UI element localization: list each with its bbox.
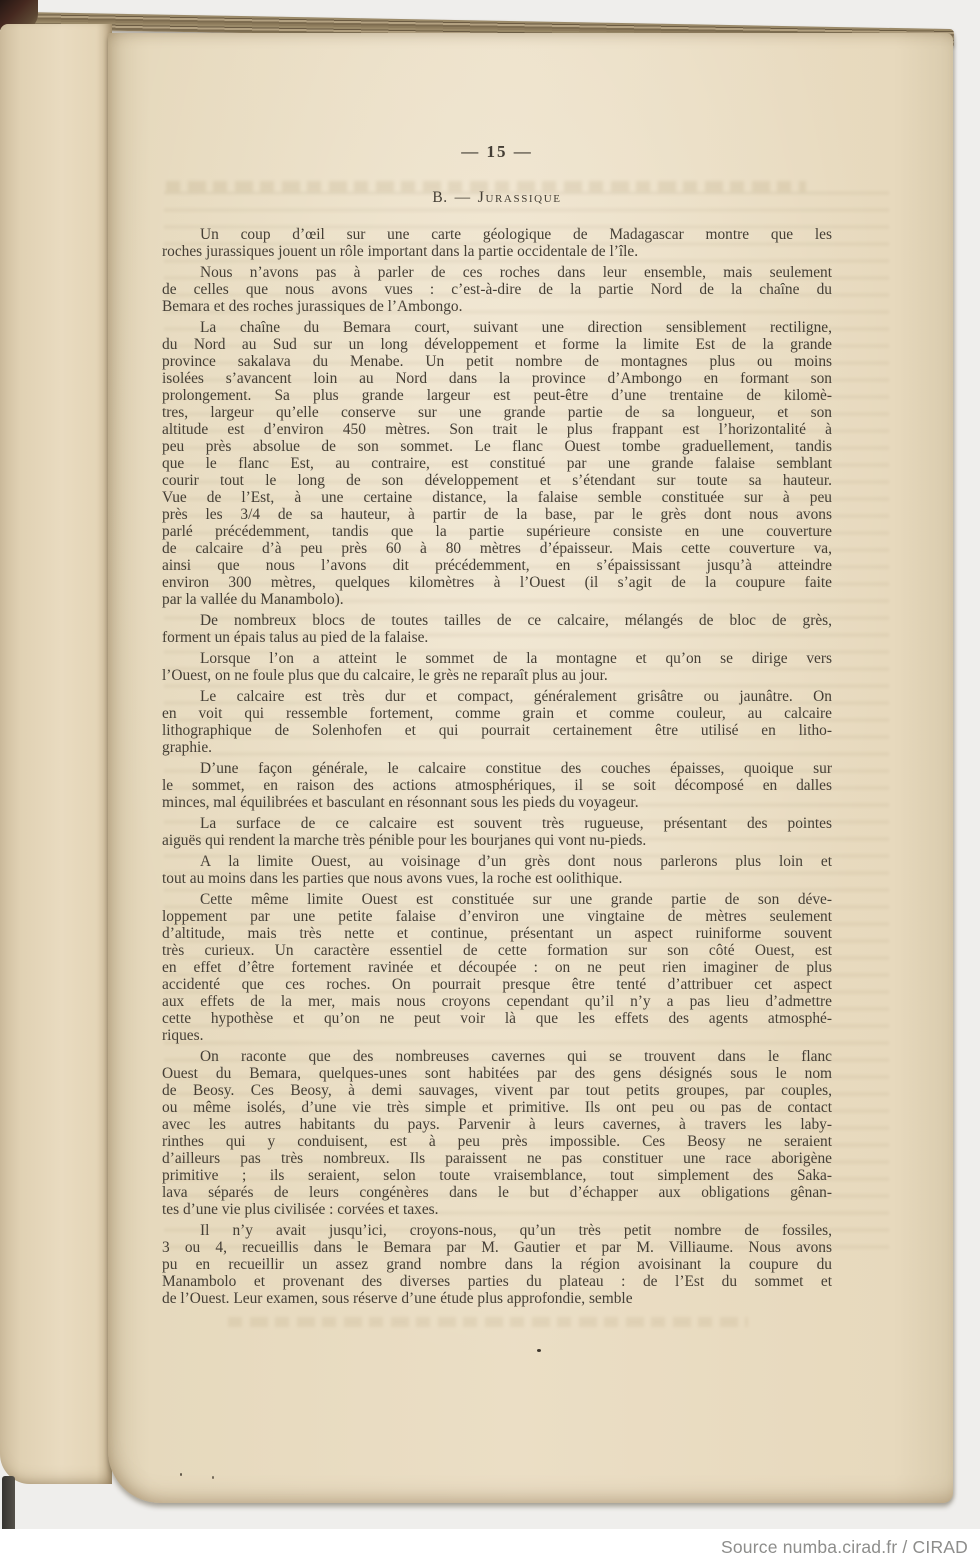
paragraph: Un coup d’œil sur une carte géologique d…: [162, 226, 832, 260]
text-line: Ouest du Bemara, quelques-unes sont habi…: [162, 1065, 832, 1082]
watermark-text: Source numba.cirad.fr / CIRAD: [721, 1537, 968, 1558]
text-line: isolées s’avancent loin au Nord dans la …: [162, 370, 832, 387]
text-line: Vue de l’Est, à une certaine distance, l…: [162, 489, 832, 506]
paragraph: Lorsque l’on a atteint le sommet de la m…: [162, 650, 832, 684]
text-line: de calcaire d’à peu près 60 à 80 mètres …: [162, 540, 832, 557]
text-line: On raconte que des nombreuses cavernes q…: [162, 1048, 832, 1065]
text-line: forment un épais talus au pied de la fal…: [162, 629, 832, 646]
text-line: de celles que nous avons vues : c’est-à-…: [162, 281, 832, 298]
text-line: tout au moins dans les parties que nous …: [162, 870, 832, 887]
text-line: le sommet, en raison des actions atmosph…: [162, 777, 832, 794]
paragraph: Le calcaire est très dur et compact, gén…: [162, 688, 832, 756]
gutter-page-fold: [0, 24, 112, 1484]
ink-speck: [537, 1349, 541, 1352]
ink-speck: [180, 1473, 182, 1476]
body-text: Un coup d’œil sur une carte géologique d…: [162, 226, 832, 1307]
text-line: en voit qui ressemble fortement, comme g…: [162, 705, 832, 722]
text-line: Lorsque l’on a atteint le sommet de la m…: [162, 650, 832, 667]
text-line: aiguës qui rendent la marche très pénibl…: [162, 832, 832, 849]
scanned-book-photo: — 15 — B.—Jurassique Un coup d’œil sur u…: [0, 0, 980, 1566]
text-line: pu en recueillir un assez grand nombre d…: [162, 1256, 832, 1273]
text-line: peu près absolue de son sommet. Le flanc…: [162, 438, 832, 455]
ink-speck: [212, 1476, 214, 1479]
book-cover-sliver: [2, 1476, 15, 1532]
text-line: cette hypothèse et qu’on ne peut voir là…: [162, 1010, 832, 1027]
paragraph: D’une façon générale, le calcaire consti…: [162, 760, 832, 811]
text-line: aux effets de la mer, mais nous croyons …: [162, 993, 832, 1010]
paragraph: Il n’y avait jusqu’ici, croyons-nous, qu…: [162, 1222, 832, 1307]
text-line: De nombreux blocs de toutes tailles de c…: [162, 612, 832, 629]
text-line: primitive ; ils seraient, selon toute vr…: [162, 1167, 832, 1184]
text-line: Le calcaire est très dur et compact, gén…: [162, 688, 832, 705]
text-line: lithographique de Solenhofen et qui pour…: [162, 722, 832, 739]
text-line: très curieux. Un caractère essentiel de …: [162, 942, 832, 959]
section-heading-label: B.: [432, 189, 447, 206]
text-line: roches jurassiques jouent un rôle import…: [162, 243, 832, 260]
text-line: graphie.: [162, 739, 832, 756]
text-line: ou même isolés, d’une vie très simple et…: [162, 1099, 832, 1116]
text-line: La surface de ce calcaire est souvent tr…: [162, 815, 832, 832]
text-line: A la limite Ouest, au voisinage d’un grè…: [162, 853, 832, 870]
text-line: Cette même limite Ouest est constituée s…: [162, 891, 832, 908]
text-line: par la vallée du Manambolo).: [162, 591, 832, 608]
paragraph: A la limite Ouest, au voisinage d’un grè…: [162, 853, 832, 887]
text-line: d’ailleurs pas très nombreux. Ils parais…: [162, 1150, 832, 1167]
text-line: D’une façon générale, le calcaire consti…: [162, 760, 832, 777]
text-line: accidenté que ces roches. On pourrait pr…: [162, 976, 832, 993]
page-number: — 15 —: [162, 142, 832, 162]
verso-showthrough-line: [228, 1317, 748, 1327]
text-line: minces, mal équilibrées et basculant en …: [162, 794, 832, 811]
text-line: province sakalava du Menabe. Un petit no…: [162, 353, 832, 370]
text-line: du Nord au Sud sur un long développement…: [162, 336, 832, 353]
text-line: près les 3/4 de sa hauteur, à partir de …: [162, 506, 832, 523]
text-line: Manambolo et provenant des diverses part…: [162, 1273, 832, 1290]
watermark-bar: Source numba.cirad.fr / CIRAD: [0, 1529, 980, 1566]
text-line: Il n’y avait jusqu’ici, croyons-nous, qu…: [162, 1222, 832, 1239]
section-heading-title: Jurassique: [478, 189, 562, 206]
text-line: ainsi que nous l’avons dit précédemment,…: [162, 557, 832, 574]
book-page: — 15 — B.—Jurassique Un coup d’œil sur u…: [108, 33, 953, 1503]
text-line: loppement par une petite falaise d’envir…: [162, 908, 832, 925]
text-line: environ 300 mètres, quelques kilomètres …: [162, 574, 832, 591]
text-line: avec les autres habitants du pays. Parve…: [162, 1116, 832, 1133]
section-heading: B.—Jurassique: [162, 189, 832, 207]
text-line: courir tout le long de son développement…: [162, 472, 832, 489]
text-line: altitude est d’environ 450 mètres. Son t…: [162, 421, 832, 438]
text-line: tes d’une vie plus civilisée : corvées e…: [162, 1201, 832, 1218]
text-line: de Beosy. Ces Beosy, à demi sauvages, vi…: [162, 1082, 832, 1099]
paragraph: On raconte que des nombreuses cavernes q…: [162, 1048, 832, 1218]
section-heading-dash: —: [455, 189, 471, 206]
text-line: que le flanc Est, au contraire, est cons…: [162, 455, 832, 472]
text-line: rinthes qui y conduisent, est à peu près…: [162, 1133, 832, 1150]
text-line: Un coup d’œil sur une carte géologique d…: [162, 226, 832, 243]
text-line: tres, largeur qu’elle conserve sur une g…: [162, 404, 832, 421]
text-line: parlé précédemment, tandis que la partie…: [162, 523, 832, 540]
text-line: lava séparés de leurs congénères dans le…: [162, 1184, 832, 1201]
text-line: prolongement. Sa plus grande largeur est…: [162, 387, 832, 404]
text-line: l’Ouest, on ne foule plus que du calcair…: [162, 667, 832, 684]
paragraph: Nous n’avons pas à parler de ces roches …: [162, 264, 832, 315]
text-line: d’altitude, mais très nette et continue,…: [162, 925, 832, 942]
text-line: Nous n’avons pas à parler de ces roches …: [162, 264, 832, 281]
paragraph: De nombreux blocs de toutes tailles de c…: [162, 612, 832, 646]
text-line: en effet d’être fortement ravinée et déc…: [162, 959, 832, 976]
text-line: Bemara et des roches jurassiques de l’Am…: [162, 298, 832, 315]
text-line: de l’Ouest. Leur examen, sous réserve d’…: [162, 1290, 832, 1307]
text-line: La chaîne du Bemara court, suivant une d…: [162, 319, 832, 336]
page-content: — 15 — B.—Jurassique Un coup d’œil sur u…: [162, 142, 832, 1311]
paragraph: La chaîne du Bemara court, suivant une d…: [162, 319, 832, 608]
paragraph: La surface de ce calcaire est souvent tr…: [162, 815, 832, 849]
text-line: riques.: [162, 1027, 832, 1044]
text-line: 3 ou 4, recueillis dans le Bemara par M.…: [162, 1239, 832, 1256]
paragraph: Cette même limite Ouest est constituée s…: [162, 891, 832, 1044]
